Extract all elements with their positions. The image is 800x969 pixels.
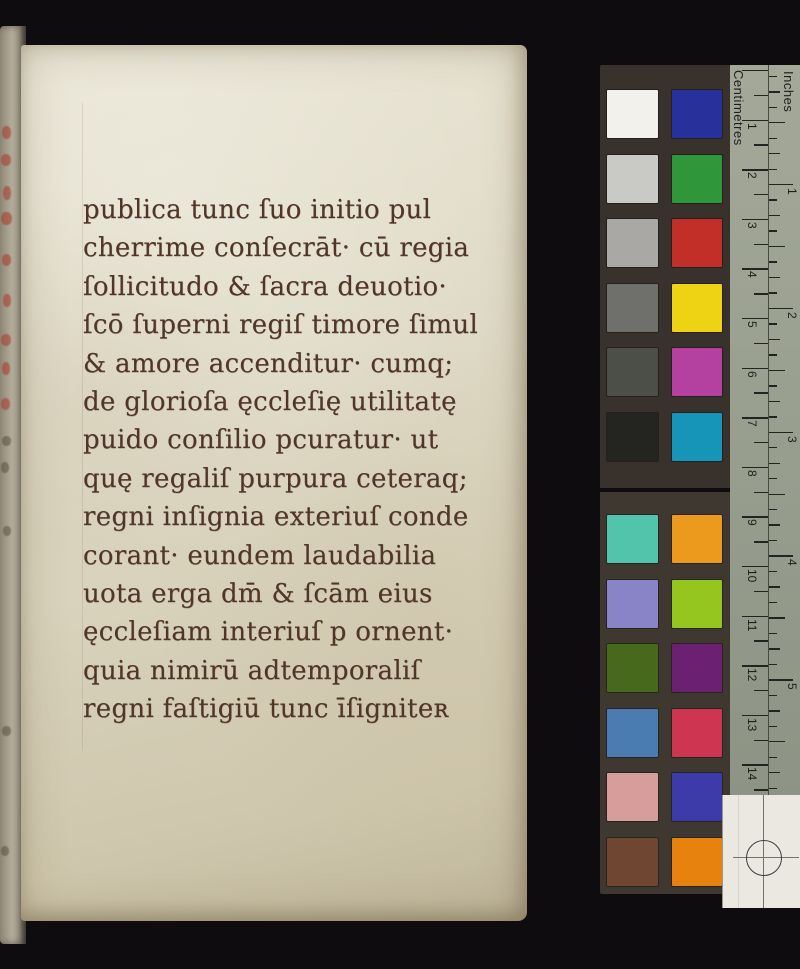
ruler-tick (769, 292, 777, 293)
ink-fragment (1, 846, 9, 856)
ruler-tick (769, 91, 780, 92)
color-swatch (672, 90, 722, 138)
manuscript-line: publica tunc ſuo initio pul (83, 191, 513, 229)
color-swatch (607, 644, 658, 692)
ruler-tick (769, 633, 777, 634)
ruler-tick (769, 138, 777, 139)
manuscript-line: quę regaliſ purpura ceteraq; (83, 460, 513, 498)
ruler-tick (754, 392, 768, 393)
manuscript-line: de glorioſa ęccleſię utilitatę (83, 383, 513, 421)
manuscript-line: regni faſtigiū tunc īſigniteʀ (83, 690, 513, 728)
ruler-tick (769, 308, 793, 309)
manuscript-line: uota erga dm̄ & ſcām eius (83, 575, 513, 613)
rubric-fragment (3, 186, 11, 200)
inch-number: 5 (785, 683, 799, 690)
ruler-tick (754, 293, 768, 294)
ruler-tick (769, 246, 785, 247)
rubric-fragment (1, 334, 11, 346)
ruler-tick (769, 416, 777, 417)
ruler-tick (769, 401, 780, 402)
cm-number: 14 (745, 767, 759, 780)
ruler-tick (754, 343, 768, 344)
ruler-tick (769, 277, 780, 278)
digitized-manuscript-photo: publica tunc ſuo initio pulcherrime conſ… (0, 0, 800, 969)
ruler-tick (754, 95, 768, 96)
ink-fragment (2, 726, 11, 736)
ruler-tick (742, 219, 768, 220)
ruler-tick (754, 244, 768, 245)
cm-number: 4 (745, 271, 759, 278)
ruler-tick (769, 509, 777, 510)
color-swatch (607, 90, 658, 138)
ruler-tick (769, 757, 777, 758)
ruler-tick (754, 690, 768, 691)
rubric-fragment (1, 398, 10, 410)
rubric-fragment (3, 294, 11, 307)
color-swatch (672, 413, 722, 461)
ruler-tick (769, 478, 777, 479)
color-swatch (672, 284, 722, 332)
color-swatch (607, 413, 658, 461)
cm-number: 10 (745, 569, 759, 582)
ruler-tick (769, 524, 780, 525)
registration-target (722, 795, 800, 908)
color-swatch (672, 580, 722, 628)
ruler-tick (769, 153, 780, 154)
ruler-tick (769, 726, 777, 727)
color-swatch (672, 348, 722, 396)
cm-number: 11 (745, 619, 759, 631)
ruler-tick (742, 368, 768, 369)
color-swatch (672, 219, 722, 267)
manuscript-page: publica tunc ſuo initio pulcherrime conſ… (21, 45, 527, 921)
ruler-tick (769, 679, 793, 680)
inch-number: 1 (785, 188, 799, 195)
cm-number: 12 (745, 668, 759, 681)
ruler-tick (742, 120, 768, 121)
ruler-tick (754, 640, 768, 641)
ruler-tick (769, 710, 780, 711)
color-swatch (672, 644, 722, 692)
ruler-tick (769, 107, 777, 108)
color-swatch (607, 155, 658, 203)
rubric-fragment (1, 212, 12, 225)
ruler-tick (742, 715, 768, 716)
color-calibration-chart-lower (600, 492, 730, 894)
rubric-fragment (2, 126, 11, 139)
cm-number: 8 (745, 470, 759, 477)
ruler-tick (742, 467, 768, 468)
manuscript-line: quia nimirū adtemporaliſ (83, 652, 513, 690)
color-swatch (607, 580, 658, 628)
ruler-tick (769, 617, 785, 618)
inch-number: 3 (785, 436, 799, 443)
ruler-tick (769, 555, 793, 556)
ruler-tick (742, 764, 768, 765)
ruler-tick (769, 169, 777, 170)
ruler-tick (754, 194, 768, 195)
ruler-tick (742, 665, 768, 666)
color-swatch (672, 515, 722, 563)
ruler-tick (769, 648, 780, 649)
color-swatch (607, 773, 658, 821)
cm-number: 2 (745, 172, 759, 179)
ruler-tick (769, 261, 777, 262)
color-swatch (607, 515, 658, 563)
ruler-tick (754, 789, 768, 790)
ruler-tick (769, 463, 780, 464)
rubric-fragment (2, 254, 11, 266)
cm-number: 13 (745, 718, 759, 731)
manuscript-line: & amore accenditur· cumq; (83, 345, 513, 383)
ruler-tick (754, 492, 768, 493)
cm-number: 3 (745, 222, 759, 229)
ruler-tick (769, 494, 785, 495)
ruler-tick (769, 323, 777, 324)
inch-number: 4 (785, 559, 799, 566)
ruler-tick (769, 230, 777, 231)
ruler-tick (769, 571, 777, 572)
manuscript-line: cherrime conſecrāt· cū regia (83, 229, 513, 267)
color-swatch (672, 773, 722, 821)
ruler-divider (768, 65, 769, 795)
ruler-tick (742, 169, 768, 170)
centimetres-label: Centimetres (731, 70, 746, 146)
manuscript-line: puido conſilio pcuratur· ut (83, 421, 513, 459)
ruler-tick (769, 76, 777, 77)
ruler-tick (769, 385, 777, 386)
registration-seam (738, 795, 739, 908)
color-swatch (672, 709, 722, 757)
cm-number: 1 (745, 123, 759, 130)
ruler-tick (769, 370, 785, 371)
ruler-tick (769, 354, 777, 355)
ruler-tick (742, 616, 768, 617)
ruler-tick (742, 318, 768, 319)
crosshair-circle (746, 840, 782, 876)
manuscript-line: ſollicitudo & ſacra deuotio· (83, 268, 513, 306)
manuscript-line: ęccleſiam interiuſ p ornent· (83, 613, 513, 651)
ruler-tick (769, 664, 777, 665)
ink-fragment (2, 436, 11, 446)
cm-number: 9 (745, 519, 759, 526)
inch-number: 2 (785, 312, 799, 319)
ruler-tick (769, 215, 780, 216)
ruler-tick (769, 540, 777, 541)
ruler-tick (769, 184, 793, 185)
cm-number: 5 (745, 321, 759, 328)
ruler-tick (742, 566, 768, 567)
manuscript-text-block: publica tunc ſuo initio pulcherrime conſ… (83, 191, 513, 728)
ruler-tick (769, 695, 777, 696)
ruler-tick (754, 591, 768, 592)
ruler-tick (742, 268, 768, 269)
color-swatch (607, 348, 658, 396)
manuscript-line: regni inſignia exteriuſ conde (83, 498, 513, 536)
cm-number: 7 (745, 420, 759, 427)
cm-number: 6 (745, 371, 759, 378)
color-swatch (672, 838, 722, 886)
ruler-tick (742, 417, 768, 418)
color-swatch (607, 709, 658, 757)
color-swatch (672, 155, 722, 203)
ruler-tick (769, 447, 777, 448)
ruler-tick (769, 772, 780, 773)
ruler-tick (754, 541, 768, 542)
ruler-tick (754, 740, 768, 741)
color-swatch (607, 284, 658, 332)
ruler-tick (769, 788, 777, 789)
manuscript-line: corant· eundem laudabilia (83, 537, 513, 575)
ruler-tick (754, 442, 768, 443)
ruler-tick (769, 432, 793, 433)
color-swatch (607, 219, 658, 267)
color-calibration-chart-upper (600, 65, 730, 488)
ink-fragment (3, 526, 11, 536)
ruler-tick (754, 144, 768, 145)
ruler-tick (769, 741, 785, 742)
ruler-tick (769, 586, 780, 587)
rubric-fragment (1, 154, 11, 166)
ruler-tick (769, 122, 785, 123)
ruler: Centimetres Inches 123456789101112131412… (730, 65, 800, 795)
color-swatch (607, 838, 658, 886)
ruler-tick (769, 199, 777, 200)
ruler-tick (742, 70, 768, 71)
ink-fragment (1, 462, 9, 473)
rubric-fragment (2, 362, 10, 375)
manuscript-line: ſcō ſuperni regiſ timore ſimul (83, 306, 513, 344)
ruler-tick (769, 602, 777, 603)
ruler-tick (742, 516, 768, 517)
inches-label: Inches (781, 71, 796, 112)
ruler-tick (769, 339, 780, 340)
